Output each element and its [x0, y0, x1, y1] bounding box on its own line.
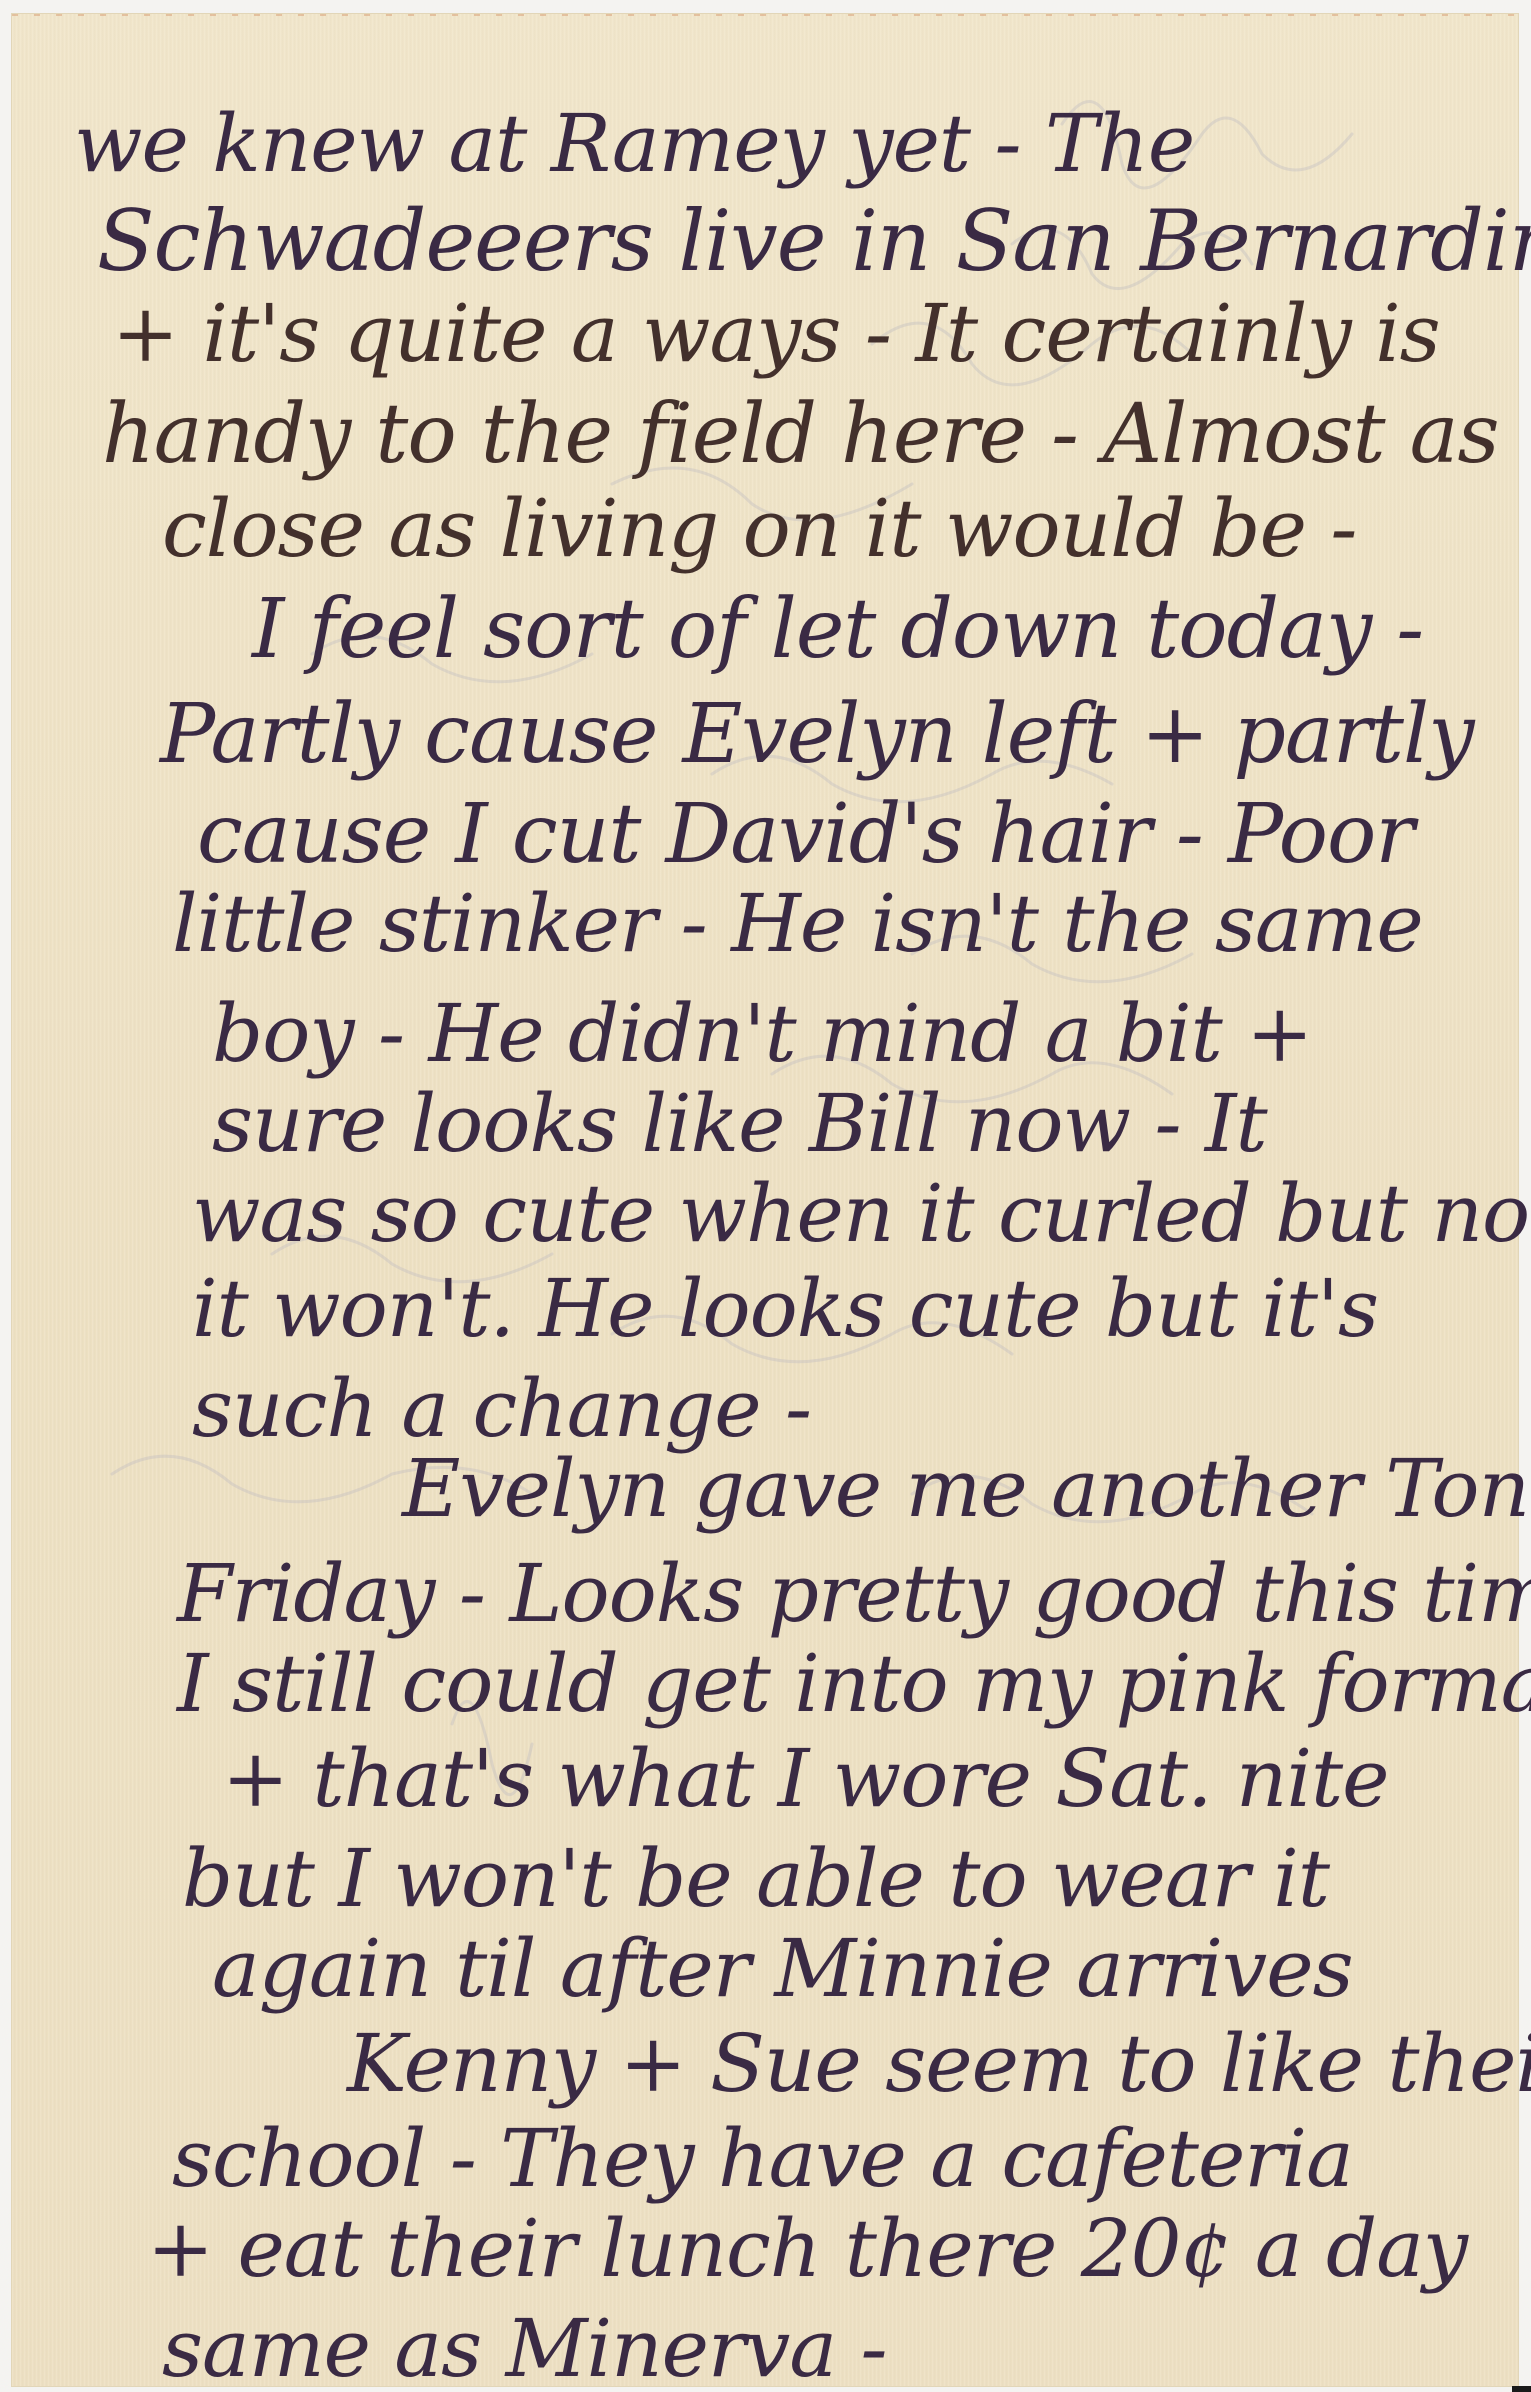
letter-line: but I won't be able to wear it	[182, 1839, 1329, 1919]
letter-line: again til after Minnie arrives	[212, 1929, 1353, 2009]
letter-page: we knew at Ramey yet - The Schwadeeers l…	[12, 14, 1518, 2386]
letter-line: + that's what I wore Sat. nite	[222, 1739, 1389, 1819]
letter-line: + it's quite a ways - It certainly is	[112, 294, 1440, 374]
letter-line: Friday - Looks pretty good this time,	[177, 1554, 1531, 1634]
letter-line: close as living on it would be -	[162, 489, 1356, 569]
letter-line: I feel sort of let down today -	[252, 589, 1423, 671]
letter-line: Evelyn gave me another Toni	[402, 1449, 1531, 1529]
letter-line: boy - He didn't mind a bit +	[212, 994, 1312, 1074]
letter-line: Schwadeeers live in San Bernardino	[97, 199, 1531, 283]
letter-line: we knew at Ramey yet - The	[74, 104, 1194, 184]
letter-line: + eat their lunch there 20¢ a day	[147, 2209, 1467, 2289]
letter-line: school - They have a cafeteria	[172, 2119, 1353, 2199]
letter-line: sure looks like Bill now - It	[212, 1084, 1267, 1164]
letter-body: we knew at Ramey yet - The Schwadeeers l…	[12, 14, 1518, 2386]
letter-line: little stinker - He isn't the same	[172, 884, 1423, 964]
letter-line: cause I cut David's hair - Poor	[197, 794, 1414, 876]
letter-line: handy to the field here - Almost as	[102, 394, 1499, 476]
letter-line: was so cute when it curled but now	[192, 1174, 1531, 1254]
letter-line: Partly cause Evelyn left + partly	[160, 694, 1474, 776]
letter-line: such a change -	[192, 1369, 811, 1449]
letter-line: Kenny + Sue seem to like their	[347, 2024, 1531, 2104]
letter-line: it won't. He looks cute but it's	[192, 1269, 1378, 1349]
letter-line: I still could get into my pink formal	[177, 1644, 1531, 1724]
letter-line: same as Minerva -	[162, 2309, 887, 2389]
scan-edge	[1512, 2386, 1531, 2392]
